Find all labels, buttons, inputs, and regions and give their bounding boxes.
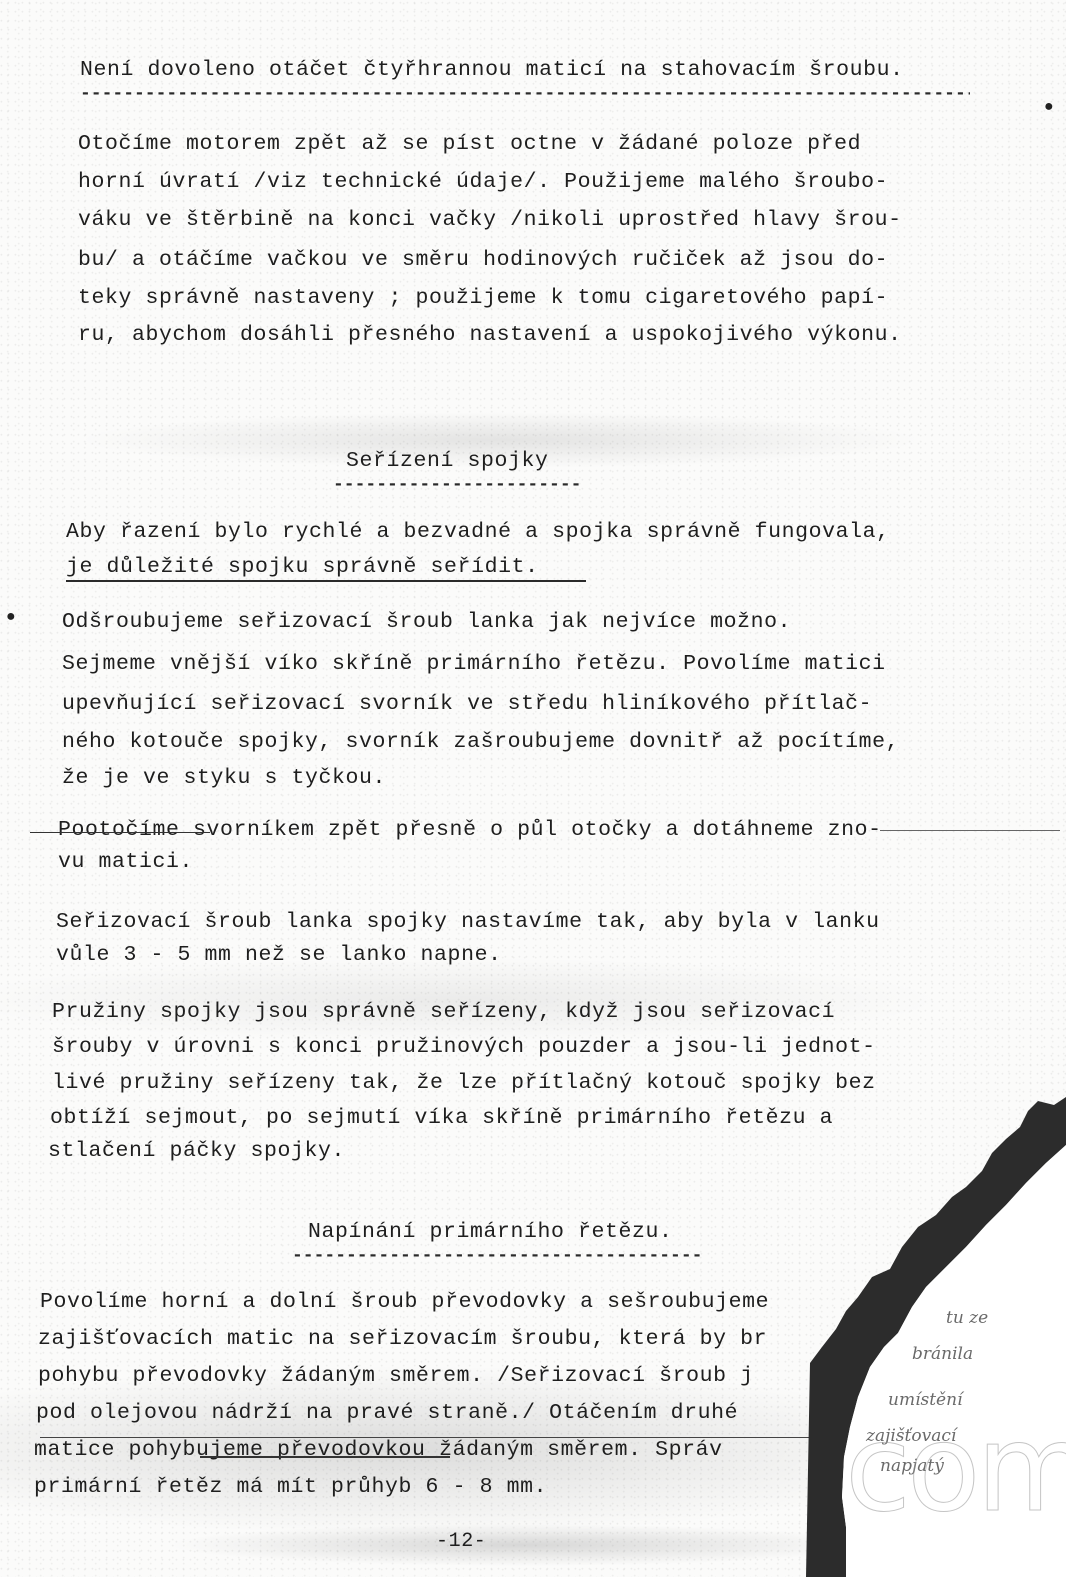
paragraph-line: pohybu převodovky žádaným směrem. /Seřiz… [38,1364,754,1388]
paragraph-line: ného kotouče spojky, svorník zašroubujem… [62,730,899,754]
paragraph-line: ru, abychom dosáhli přesného nastavení a… [78,323,902,347]
paragraph-line: je důležité spojku správně seřídit. [66,555,539,579]
paragraph-line: vůle 3 - 5 mm než se lanko napne. [56,943,502,967]
paragraph-line: Odšroubujeme seřizovací šroub lanka jak … [62,610,791,634]
paragraph-line: horní úvratí /viz technické údaje/. Použ… [78,170,888,194]
stray-line [30,832,210,833]
paragraph-line: Sejmeme vnější víko skříně primárního ře… [62,652,886,676]
paragraph-line: pod olejovou nádrží na pravé straně./ Ot… [36,1401,738,1425]
page-number: -12- [436,1530,486,1553]
warning-underline: ----------------------------------------… [80,84,970,104]
section-heading-clutch: Seřízení spojky [346,449,549,473]
paragraph-line: šrouby v úrovni s konci pružinových pouz… [52,1035,876,1059]
emphasis-underline [66,580,586,582]
watermark: com [845,1400,1066,1539]
section-heading-chain: Napínání primárního řetězu. [308,1220,673,1244]
paragraph-line: upevňující seřizovací svorník ve středu … [62,692,872,716]
paragraph-line: Seřizovací šroub lanka spojky nastavíme … [56,910,880,934]
note-line: tu ze [946,1308,988,1328]
paragraph-line: matice pohybujeme převodovkou žádaným sm… [34,1438,723,1462]
paragraph-line: zajišťovacích matic na seřizovacím šroub… [38,1327,767,1351]
paragraph-line: Otočíme motorem zpět až se píst octne v … [78,132,861,156]
paragraph-line: stlačení páčky spojky. [48,1139,345,1163]
warning-text: Není dovoleno otáčet čtyřhrannou maticí … [80,58,904,82]
ink-speck: ● [6,608,16,626]
paragraph-line: vu matici. [58,850,193,874]
stray-line [880,830,1060,831]
paragraph-line: bu/ a otáčíme vačkou ve směru hodinových… [78,248,888,272]
paragraph-line: obtíží sejmout, po sejmutí víka skříně p… [50,1106,833,1130]
ink-speck: ● [1044,98,1054,116]
paragraph-line: Povolíme horní a dolní šroub převodovky … [40,1290,769,1314]
strike-line [200,1456,450,1458]
section-heading-underline: ----------------------------------------… [292,1246,702,1266]
paragraph-line: Pootočíme svorníkem zpět přesně o půl ot… [58,818,882,842]
paragraph-line: livé pružiny seřízeny tak, že lze přítla… [52,1071,876,1095]
paragraph-line: Pružiny spojky jsou správně seřízeny, kd… [52,1000,835,1024]
paragraph-line: že je ve styku s tyčkou. [62,766,386,790]
note-line: bránila [912,1344,973,1364]
strike-line [40,1437,820,1438]
paragraph-line: primární řetěz má mít průhyb 6 - 8 mm. [34,1475,547,1499]
paragraph-line: Aby řazení bylo rychlé a bezvadné a spoj… [66,520,890,544]
section-heading-underline: ----------------------------------- [333,475,583,495]
scanned-page: Není dovoleno otáčet čtyřhrannou maticí … [0,0,1066,1577]
paragraph-line: teky správně nastaveny ; použijeme k tom… [78,286,888,310]
paragraph-line: váku ve štěrbině na konci vačky /nikoli … [78,208,902,232]
